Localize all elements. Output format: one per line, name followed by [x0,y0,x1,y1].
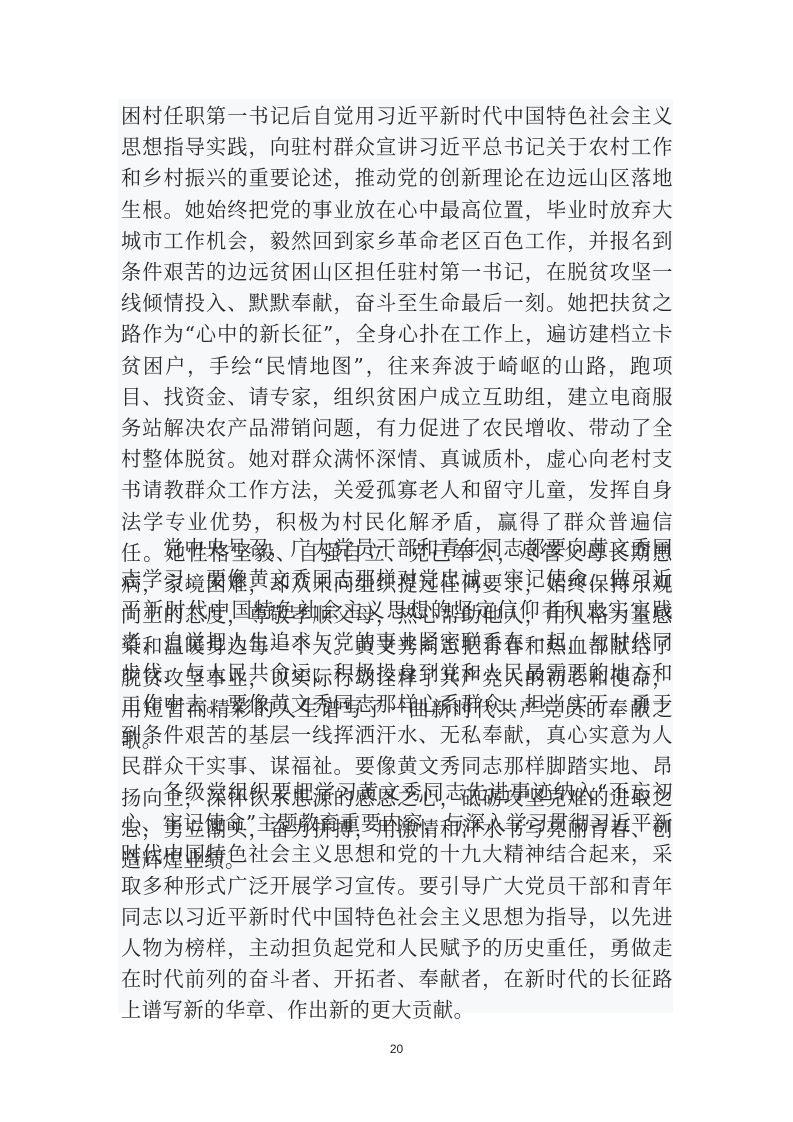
body-text-block: 困村任职第一书记后自觉用习近平新时代中国特色社会主义思想指导实践，向驻村群众宣讲… [118,99,673,1013]
paragraph-3: 各级党组织要把学习黄文秀同志先进事迹纳入“不忘初心、牢记使命”主题教育重要内容，… [121,777,673,1027]
document-page: 困村任职第一书记后自觉用习近平新时代中国特色社会主义思想指导实践，向驻村群众宣讲… [0,0,793,1122]
page-number: 20 [0,1042,793,1056]
